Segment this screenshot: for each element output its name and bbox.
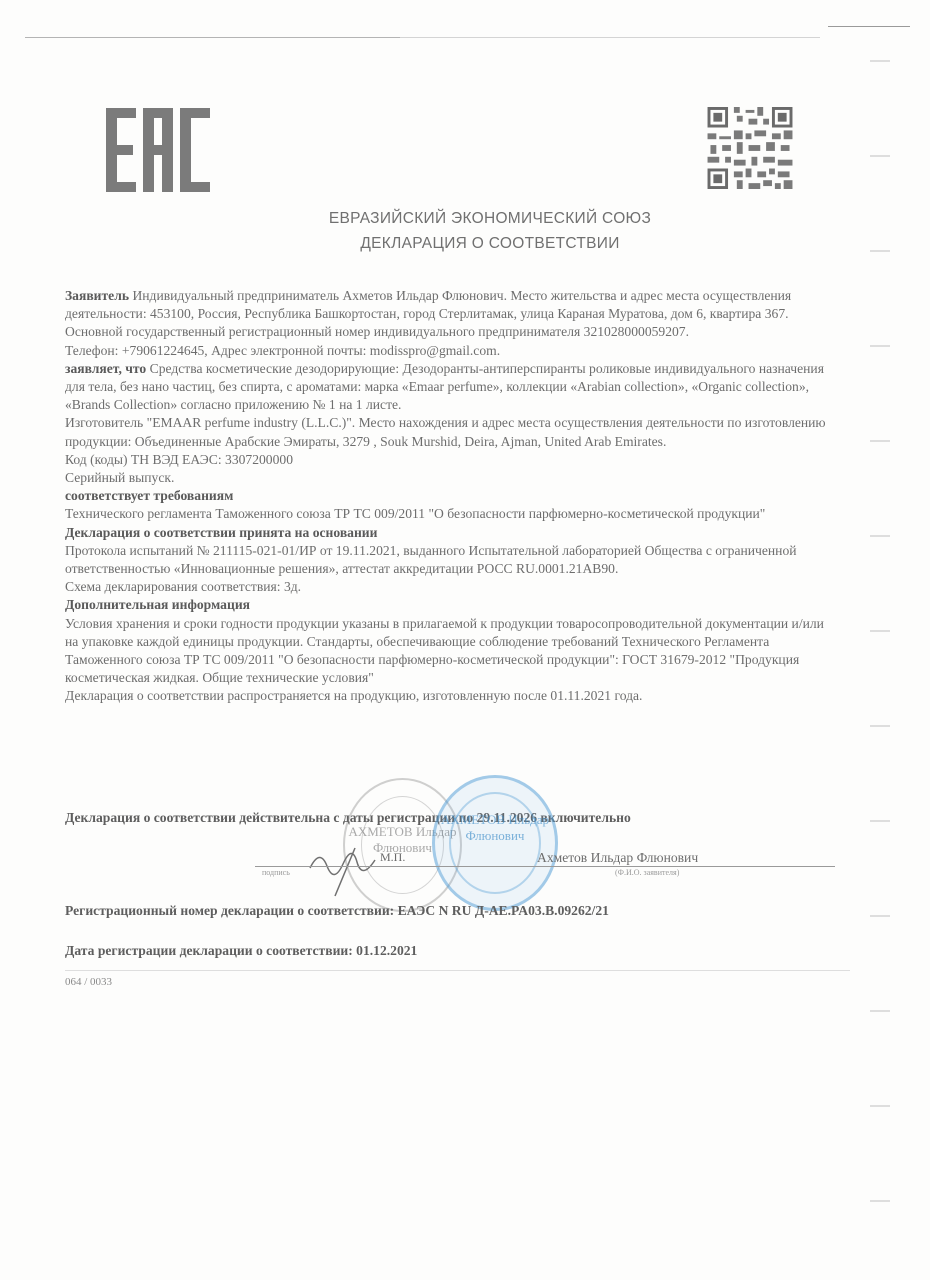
signature-line bbox=[255, 866, 835, 867]
eac-letter-c-icon bbox=[180, 108, 210, 192]
eac-logo bbox=[106, 108, 210, 192]
registration-date: Дата регистрации декларации о соответств… bbox=[65, 943, 417, 959]
registration-number-value: ЕАЭС N RU Д-AE.PA03.B.09262/21 bbox=[398, 903, 609, 918]
seal-stamp-blue: АХМЕТОВ Ильдар Флюнович bbox=[432, 775, 558, 911]
declaration-body: Заявитель Индивидуальный предприниматель… bbox=[65, 287, 835, 706]
top-border-line bbox=[400, 37, 820, 38]
union-title: ЕВРАЗИЙСКИЙ ЭКОНОМИЧЕСКИЙ СОЮЗ bbox=[0, 210, 930, 228]
seal-label: М.П. bbox=[380, 850, 405, 865]
basis-text: Протокола испытаний № 211115-021-01/ИР о… bbox=[65, 542, 835, 578]
basis-label: Декларация о соответствии принята на осн… bbox=[65, 524, 835, 542]
complies-label: соответствует требованиям bbox=[65, 487, 835, 505]
registration-date-label: Дата регистрации декларации о соответств… bbox=[65, 943, 353, 958]
applicant-ogrn: Основной государственный регистрационный… bbox=[65, 323, 835, 341]
bottom-divider bbox=[65, 970, 850, 971]
registration-number-label: Регистрационный номер декларации о соотв… bbox=[65, 903, 394, 918]
form-code: 064 / 0033 bbox=[65, 976, 112, 988]
signatory-name-label: (Ф.И.О. заявителя) bbox=[615, 868, 679, 877]
scan-edge-marks bbox=[870, 20, 890, 1260]
applicant-text: Индивидуальный предприниматель Ахметов И… bbox=[65, 288, 791, 321]
top-border-line bbox=[25, 37, 400, 38]
complies-text: Технического регламента Таможенного союз… bbox=[65, 505, 835, 523]
serial-production: Серийный выпуск. bbox=[65, 469, 835, 487]
additional-info-label: Дополнительная информация bbox=[65, 596, 835, 614]
declaration-scope: Декларация о соответствии распространяет… bbox=[65, 687, 835, 705]
product-description: Средства косметические дезодорирующие: Д… bbox=[65, 361, 824, 412]
declares-label: заявляет, что bbox=[65, 361, 146, 376]
declares-section: заявляет, что Средства косметические дез… bbox=[65, 360, 835, 415]
registration-number: Регистрационный номер декларации о соотв… bbox=[65, 903, 609, 919]
declaration-scheme: Схема декларирования соответствия: 3д. bbox=[65, 578, 835, 596]
top-border-line bbox=[828, 26, 910, 27]
signature-scribble bbox=[305, 838, 395, 898]
document-title: ДЕКЛАРАЦИЯ О СООТВЕТСТВИИ bbox=[0, 235, 930, 253]
eac-letter-e-icon bbox=[106, 108, 136, 192]
qr-code-icon[interactable] bbox=[707, 107, 793, 189]
applicant-section: Заявитель Индивидуальный предприниматель… bbox=[65, 287, 835, 323]
applicant-contacts: Телефон: +79061224645, Адрес электронной… bbox=[65, 342, 835, 360]
stamp-text: АХМЕТОВ Ильдар Флюнович bbox=[435, 812, 555, 844]
applicant-label: Заявитель bbox=[65, 288, 129, 303]
hs-code: Код (коды) ТН ВЭД ЕАЭС: 3307200000 bbox=[65, 451, 835, 469]
additional-info-text: Условия хранения и сроки годности продук… bbox=[65, 615, 835, 688]
signature-label: подпись bbox=[262, 868, 290, 877]
signatory-name: Ахметов Ильдар Флюнович bbox=[537, 850, 698, 866]
registration-date-value: 01.12.2021 bbox=[356, 943, 417, 958]
eac-letter-a-icon bbox=[143, 108, 173, 192]
manufacturer-info: Изготовитель "EMAAR perfume industry (L.… bbox=[65, 414, 835, 450]
